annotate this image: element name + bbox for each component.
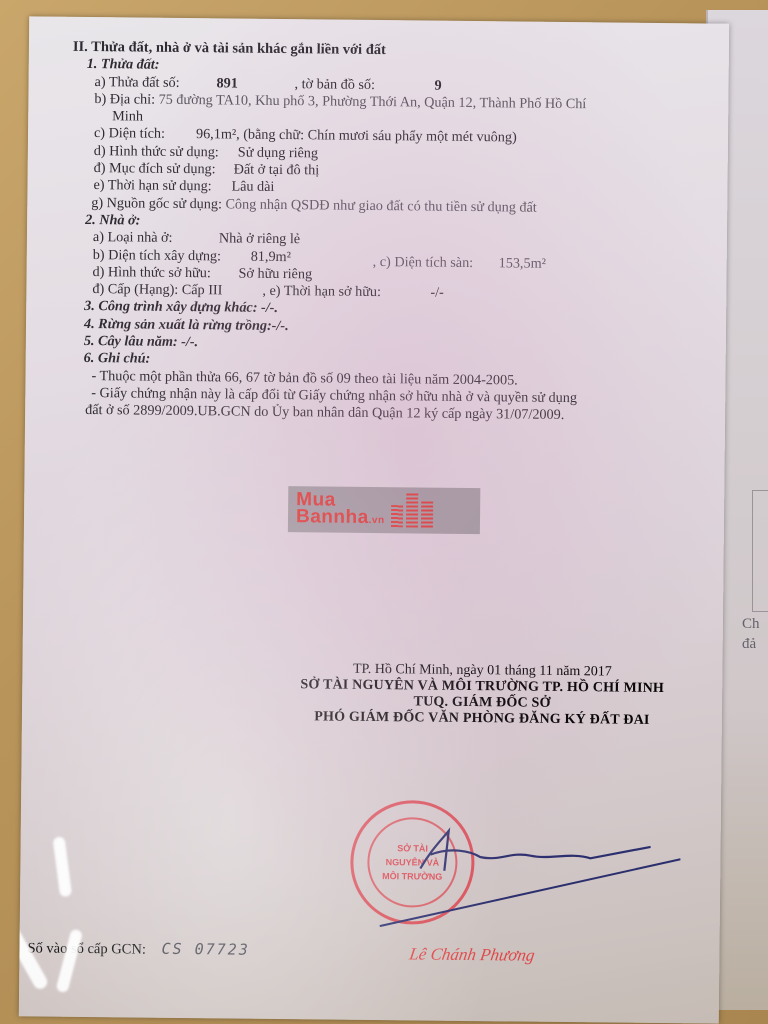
origin-label: g) Nguồn gốc sử dụng: <box>91 195 222 212</box>
certificate-number: CS 07723 <box>161 940 249 959</box>
signature-icon <box>360 810 681 933</box>
signer-name: Lê Chánh Phương <box>408 944 536 965</box>
adjacent-page-text: Ch <box>742 616 760 633</box>
certificate-number-label: Số vào sổ cấp GCN: <box>27 940 146 957</box>
signature-block: TP. Hồ Chí Minh, ngày 01 tháng 11 năm 20… <box>252 661 713 730</box>
address-label: b) Địa chỉ: <box>94 91 155 108</box>
own-term-value: -/- <box>430 285 444 302</box>
grade-label: đ) Cấp (Hạng): <box>92 281 178 298</box>
purpose-label: đ) Mục đích sử dụng: <box>94 160 216 177</box>
build-area-label: b) Diện tích xây dựng: <box>93 247 221 264</box>
adjacent-page-box <box>752 490 768 612</box>
ownership-label: d) Hình thức sở hữu: <box>92 264 210 281</box>
house-type-value: Nhà ở riêng lẻ <box>219 231 300 249</box>
grade-value: Cấp III <box>182 282 223 298</box>
adjacent-page-text: đả <box>742 636 756 653</box>
term-label: e) Thời hạn sử dụng: <box>93 177 211 194</box>
map-sheet-label: , tờ bản đồ số: <box>294 76 375 94</box>
build-area-value: 81,9m² <box>251 248 291 266</box>
use-form-value: Sử dụng riêng <box>238 144 318 162</box>
watermark-logo: Mua Bannha.vn <box>288 486 480 534</box>
signer-title: PHÓ GIÁM ĐỐC VĂN PHÒNG ĐĂNG KÝ ĐẤT ĐAI <box>252 709 712 730</box>
certificate-body: II. Thửa đất, nhà ở và tài sản khác gắn … <box>69 39 719 426</box>
land-certificate-page: II. Thửa đất, nhà ở và tài sản khác gắn … <box>19 16 729 1023</box>
parcel-number: 891 <box>216 75 237 93</box>
term-value: Lâu dài <box>231 179 274 197</box>
own-term-label: , e) Thời hạn sở hữu: <box>262 283 381 302</box>
area-label: c) Diện tích: <box>94 126 165 143</box>
certificate-number-row: Số vào sổ cấp GCN: CS 07723 <box>27 938 249 959</box>
parcel-label: a) Thửa đất số: <box>94 74 179 91</box>
buildings-icon <box>391 493 433 527</box>
origin-value: Công nhận QSDĐ như giao đất có thu tiền … <box>225 196 536 215</box>
map-sheet-number: 9 <box>434 77 441 94</box>
house-type-label: a) Loại nhà ở: <box>93 229 173 246</box>
watermark-text: Mua Bannha.vn <box>296 491 385 529</box>
use-form-label: d) Hình thức sử dụng: <box>94 143 219 160</box>
purpose-value: Đất ở tại đô thị <box>234 162 320 180</box>
light-glare <box>53 836 73 897</box>
ownership-value: Sở hữu riêng <box>238 265 312 283</box>
